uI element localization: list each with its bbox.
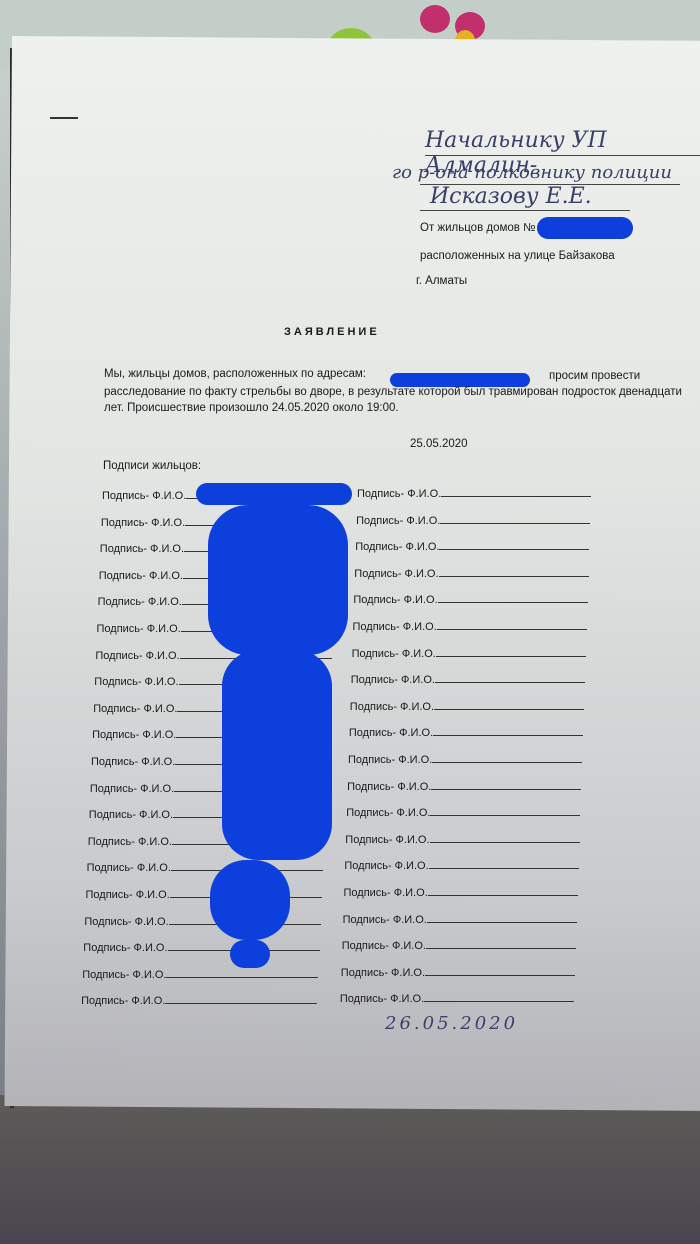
signature-row-left: Подпись- Ф.И.О.	[81, 993, 317, 1007]
signature-label: Подпись- Ф.И.О.	[82, 969, 166, 981]
signature-line	[428, 885, 578, 896]
signature-row-right: Подпись- Ф.И.О.	[347, 779, 581, 793]
flower-petal-decoration	[420, 5, 450, 33]
signature-label: Подпись- Ф.И.О.	[347, 781, 431, 793]
signature-line	[440, 513, 590, 524]
signature-label: Подпись- Ф.И.О.	[352, 648, 436, 660]
signature-row-right: Подпись- Ф.И.О.	[342, 938, 576, 952]
signature-line	[438, 592, 588, 603]
signature-label: Подпись- Ф.И.О.	[348, 754, 432, 766]
signature-label: Подпись- Ф.И.О.	[92, 729, 176, 741]
addressee-underline	[420, 210, 630, 211]
signature-row-right: Подпись- Ф.И.О.	[348, 752, 582, 766]
signature-row-right: Подпись- Ф.И.О.	[353, 592, 587, 606]
signature-label: Подпись- Ф.И.О.	[97, 623, 181, 635]
signature-label: Подпись- Ф.И.О.	[102, 490, 186, 502]
signature-row-right: Подпись- Ф.И.О.	[350, 699, 584, 713]
signature-label: Подпись- Ф.И.О.	[90, 783, 174, 795]
signature-row-right: Подпись- Ф.И.О.	[340, 991, 574, 1005]
signature-label: Подпись- Ф.И.О.	[353, 594, 437, 606]
signature-line	[434, 699, 584, 710]
signature-line	[426, 938, 576, 949]
signature-label: Подпись- Ф.И.О.	[355, 541, 439, 553]
signature-line	[432, 752, 582, 763]
redaction-mark	[196, 483, 352, 505]
signature-label: Подпись- Ф.И.О.	[98, 596, 182, 608]
signature-row-left: Подпись- Ф.И.О.	[82, 967, 318, 981]
signature-row-right: Подпись- Ф.И.О.	[354, 566, 588, 580]
signature-line	[436, 646, 586, 657]
signature-label: Подпись- Ф.И.О.	[341, 967, 425, 979]
signature-row-right: Подпись- Ф.И.О.	[345, 832, 579, 846]
signature-label: Подпись- Ф.И.О.	[100, 543, 184, 555]
addressee-underline	[425, 155, 700, 156]
signature-line	[424, 991, 574, 1002]
signature-label: Подпись- Ф.И.О.	[88, 836, 172, 848]
signature-line	[430, 832, 580, 843]
redaction-mark	[208, 505, 348, 655]
signature-label: Подпись- Ф.И.О.	[342, 940, 426, 952]
addressee-underline	[420, 184, 680, 185]
signature-row-right: Подпись- Ф.И.О.	[344, 858, 578, 872]
document-title: ЗАЯВЛЕНИЕ	[284, 326, 380, 338]
signature-row-right: Подпись- Ф.И.О.	[357, 486, 591, 500]
signature-label: Подпись- Ф.И.О.	[101, 517, 185, 529]
signature-line	[435, 672, 585, 683]
signature-label: Подпись- Ф.И.О.	[94, 676, 178, 688]
signature-row-right: Подпись- Ф.И.О.	[349, 725, 583, 739]
signatures-heading: Подписи жильцов:	[103, 460, 201, 472]
signature-label: Подпись- Ф.И.О.	[357, 488, 441, 500]
signature-line	[429, 858, 579, 869]
signature-line	[439, 566, 589, 577]
signature-label: Подпись- Ф.И.О.	[95, 650, 179, 662]
signature-row-right: Подпись- Ф.И.О.	[352, 646, 586, 660]
signature-label: Подпись- Ф.И.О.	[351, 674, 435, 686]
redaction-mark	[210, 860, 290, 940]
signature-line	[437, 619, 587, 630]
signature-line	[425, 965, 575, 976]
street-line: расположенных на улице Байзакова	[420, 250, 615, 262]
signature-label: Подпись- Ф.И.О.	[343, 914, 427, 926]
signature-label: Подпись- Ф.И.О.	[84, 916, 168, 928]
signature-line	[427, 912, 577, 923]
body-text: просим провести расследование по факту с…	[104, 368, 694, 416]
signature-row-right: Подпись- Ф.И.О.	[343, 912, 577, 926]
signature-row-left: Подпись- Ф.И.О.	[87, 860, 323, 874]
signature-label: Подпись- Ф.И.О.	[99, 570, 183, 582]
background-fabric-bottom	[0, 1095, 700, 1244]
signature-label: Подпись- Ф.И.О.	[93, 703, 177, 715]
signature-label: Подпись- Ф.И.О.	[87, 862, 171, 874]
signature-row-right: Подпись- Ф.И.О.	[356, 513, 590, 527]
signature-line	[166, 967, 318, 978]
redaction-mark	[537, 217, 633, 239]
signature-label: Подпись- Ф.И.О.	[354, 568, 438, 580]
signature-label: Подпись- Ф.И.О.	[353, 621, 437, 633]
signature-line	[431, 779, 581, 790]
signature-row-right: Подпись- Ф.И.О.	[351, 672, 585, 686]
from-line: От жильцов домов №	[420, 222, 535, 234]
addressee-line-2: го р-она полковнику полиции	[392, 162, 672, 183]
signature-label: Подпись- Ф.И.О.	[344, 860, 428, 872]
signature-label: Подпись- Ф.И.О.	[86, 889, 170, 901]
printed-date: 25.05.2020	[410, 438, 468, 450]
redaction-mark	[222, 650, 332, 860]
signature-label: Подпись- Ф.И.О.	[345, 834, 429, 846]
signature-row-right: Подпись- Ф.И.О.	[341, 965, 575, 979]
signature-line	[439, 539, 589, 550]
signature-label: Подпись- Ф.И.О.	[349, 727, 433, 739]
signature-line	[430, 805, 580, 816]
signature-row-right: Подпись- Ф.И.О.	[344, 885, 578, 899]
signature-label: Подпись- Ф.И.О.	[340, 993, 424, 1005]
signature-row-right: Подпись- Ф.И.О.	[346, 805, 580, 819]
signature-line	[165, 993, 317, 1004]
signature-label: Подпись- Ф.И.О.	[350, 701, 434, 713]
signature-label: Подпись- Ф.И.О.	[356, 515, 440, 527]
signature-row-right: Подпись- Ф.И.О.	[353, 619, 587, 633]
signature-line	[433, 725, 583, 736]
signature-label: Подпись- Ф.И.О.	[91, 756, 175, 768]
signature-label: Подпись- Ф.И.О.	[81, 995, 165, 1007]
city-line: г. Алматы	[416, 275, 467, 287]
signature-row-left: Подпись- Ф.И.О.	[83, 940, 319, 954]
signature-row-right: Подпись- Ф.И.О.	[355, 539, 589, 553]
page-mark	[50, 117, 78, 119]
signature-label: Подпись- Ф.И.О.	[89, 809, 173, 821]
redaction-mark	[230, 940, 270, 968]
handwritten-date: 26.05.2020	[385, 1013, 518, 1034]
addressee-line-3: Исказову Е.Е.	[430, 184, 592, 209]
signature-label: Подпись- Ф.И.О.	[346, 807, 430, 819]
signature-line	[441, 486, 591, 497]
signature-label: Подпись- Ф.И.О.	[344, 887, 428, 899]
signature-label: Подпись- Ф.И.О.	[83, 942, 167, 954]
